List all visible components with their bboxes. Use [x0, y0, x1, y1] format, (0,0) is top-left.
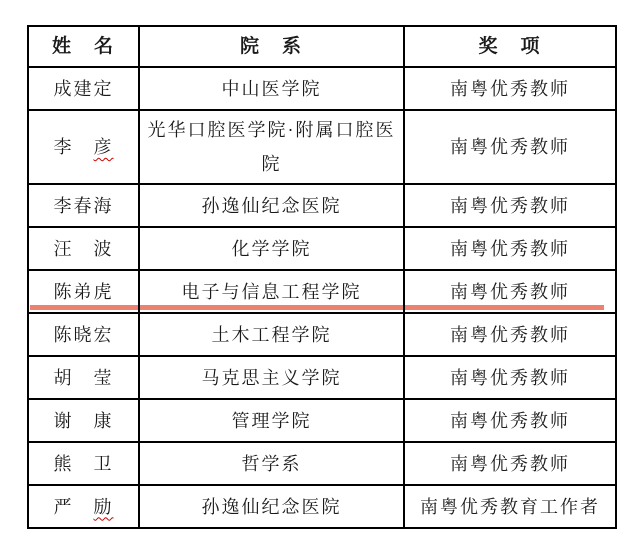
- name-cell: 陈晓宏: [28, 313, 139, 356]
- award-cell: 南粤优秀教育工作者: [404, 485, 616, 528]
- award-cell: 南粤优秀教师: [404, 227, 616, 270]
- table-header: 姓 名 院 系 奖 项: [28, 26, 616, 67]
- dept-cell: 光华口腔医学院·附属口腔医院: [139, 110, 404, 184]
- table-row: 李 彦 光华口腔医学院·附属口腔医院 南粤优秀教师: [28, 110, 616, 184]
- table-row: 李春海 孙逸仙纪念医院 南粤优秀教师: [28, 184, 616, 227]
- award-cell: 南粤优秀教师: [404, 110, 616, 184]
- header-dept: 院 系: [139, 26, 404, 67]
- dept-cell: 化学学院: [139, 227, 404, 270]
- table-row: 成建定 中山医学院 南粤优秀教师: [28, 67, 616, 110]
- document-page: 姓 名 院 系 奖 项 成建定 中山医学院 南粤优秀教师 李 彦 光华口腔医学院…: [0, 0, 629, 558]
- name-cell: 成建定: [28, 67, 139, 110]
- name-cell: 熊 卫: [28, 442, 139, 485]
- dept-cell: 土木工程学院: [139, 313, 404, 356]
- name-cell: 陈弟虎: [28, 270, 139, 313]
- table-row: 汪 波 化学学院 南粤优秀教师: [28, 227, 616, 270]
- table-row: 胡 莹 马克思主义学院 南粤优秀教师: [28, 356, 616, 399]
- award-cell: 南粤优秀教师: [404, 67, 616, 110]
- dept-cell: 哲学系: [139, 442, 404, 485]
- award-cell: 南粤优秀教师: [404, 313, 616, 356]
- name-cell: 汪 波: [28, 227, 139, 270]
- dept-cell: 管理学院: [139, 399, 404, 442]
- dept-cell: 孙逸仙纪念医院: [139, 184, 404, 227]
- dept-cell: 电子与信息工程学院: [139, 270, 404, 313]
- header-name: 姓 名: [28, 26, 139, 67]
- award-cell: 南粤优秀教师: [404, 442, 616, 485]
- table-row: 谢 康 管理学院 南粤优秀教师: [28, 399, 616, 442]
- table-row: 严 励 孙逸仙纪念医院 南粤优秀教育工作者: [28, 485, 616, 528]
- dept-cell: 中山医学院: [139, 67, 404, 110]
- award-cell: 南粤优秀教师: [404, 270, 616, 313]
- table-body: 成建定 中山医学院 南粤优秀教师 李 彦 光华口腔医学院·附属口腔医院 南粤优秀…: [28, 67, 616, 528]
- dept-cell: 孙逸仙纪念医院: [139, 485, 404, 528]
- name-text: 严: [54, 497, 94, 517]
- name-cell: 谢 康: [28, 399, 139, 442]
- award-cell: 南粤优秀教师: [404, 399, 616, 442]
- table-row: 陈弟虎 电子与信息工程学院 南粤优秀教师: [28, 270, 616, 313]
- spellcheck-squiggle: 励: [94, 497, 114, 517]
- header-row: 姓 名 院 系 奖 项: [28, 26, 616, 67]
- name-cell: 李春海: [28, 184, 139, 227]
- spellcheck-squiggle: 彦: [94, 137, 114, 157]
- table-row: 陈晓宏 土木工程学院 南粤优秀教师: [28, 313, 616, 356]
- header-award: 奖 项: [404, 26, 616, 67]
- award-table: 姓 名 院 系 奖 项 成建定 中山医学院 南粤优秀教师 李 彦 光华口腔医学院…: [27, 25, 617, 529]
- name-text: 李: [54, 137, 94, 157]
- name-cell: 严 励: [28, 485, 139, 528]
- award-cell: 南粤优秀教师: [404, 356, 616, 399]
- award-cell: 南粤优秀教师: [404, 184, 616, 227]
- dept-cell: 马克思主义学院: [139, 356, 404, 399]
- table-row: 熊 卫 哲学系 南粤优秀教师: [28, 442, 616, 485]
- name-cell: 胡 莹: [28, 356, 139, 399]
- name-cell: 李 彦: [28, 110, 139, 184]
